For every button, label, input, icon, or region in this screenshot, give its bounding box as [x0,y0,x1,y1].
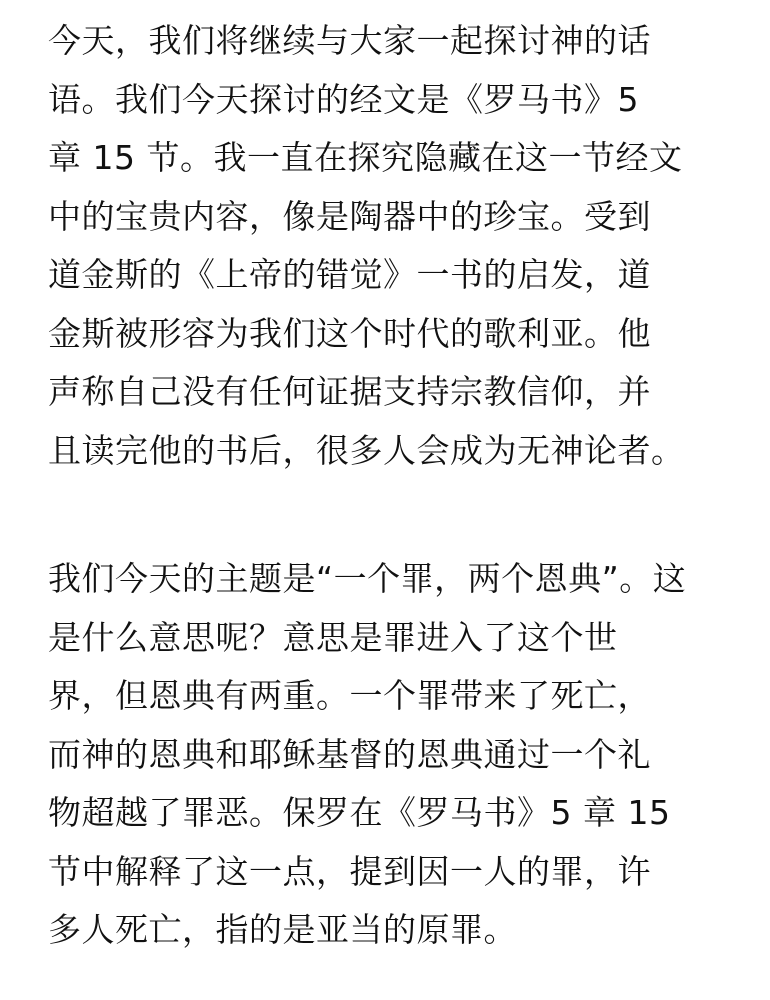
paragraph-2: 我们今天的主题是“一个罪，两个恩典”。这 是什么意思呢？意思是罪进入了这个世 界… [48,550,728,960]
text-line: 且读完他的书后，很多人会成为无神论者。 [48,422,728,481]
text-line: 我们今天的主题是“一个罪，两个恩典”。这 [48,550,728,609]
text-line: 中的宝贵内容，像是陶器中的珍宝。受到 [48,188,728,247]
text-line: 多人死亡，指的是亚当的原罪。 [48,901,728,960]
text-line: 是什么意思呢？意思是罪进入了这个世 [48,609,728,668]
text-line: 章 15 节。我一直在探究隐藏在这一节经文 [48,129,728,188]
paragraph-1: 今天，我们将继续与大家一起探讨神的话 语。我们今天探讨的经文是《罗马书》5 章 … [48,12,728,480]
text-line: 节中解释了这一点，提到因一人的罪，许 [48,843,728,902]
text-line: 道金斯的《上帝的错觉》一书的启发，道 [48,246,728,305]
text-line: 而神的恩典和耶稣基督的恩典通过一个礼 [48,726,728,785]
text-line: 声称自己没有任何证据支持宗教信仰，并 [48,363,728,422]
text-line: 界，但恩典有两重。一个罪带来了死亡， [48,667,728,726]
text-line: 金斯被形容为我们这个时代的歌利亚。他 [48,305,728,364]
paragraph-spacer [48,480,728,550]
text-line: 物超越了罪恶。保罗在《罗马书》5 章 15 [48,784,728,843]
text-line: 今天，我们将继续与大家一起探讨神的话 [48,12,728,71]
article-body: 今天，我们将继续与大家一起探讨神的话 语。我们今天探讨的经文是《罗马书》5 章 … [48,12,728,960]
text-line: 语。我们今天探讨的经文是《罗马书》5 [48,71,728,130]
